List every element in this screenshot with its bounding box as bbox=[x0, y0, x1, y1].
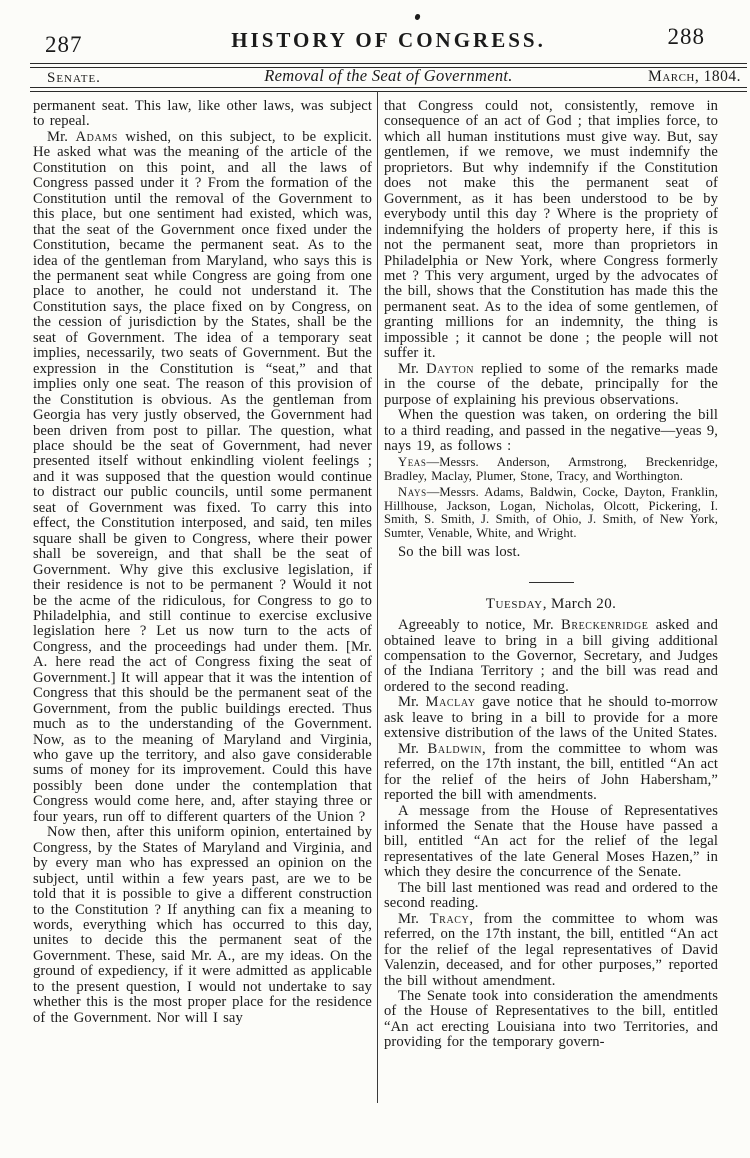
left-column: permanent seat. This law, like other law… bbox=[33, 99, 372, 1026]
right-column: that Congress could not, consistently, r… bbox=[384, 99, 718, 1051]
paragraph: Mr. Adams wished, on this subject, to be… bbox=[33, 130, 372, 825]
paragraph: The Senate took into consideration the a… bbox=[384, 989, 718, 1051]
page-header: 287 HISTORY OF CONGRESS. 288 bbox=[30, 24, 747, 58]
paragraph: Mr. Baldwin, from the committee to whom … bbox=[384, 742, 718, 804]
paragraph: Mr. Maclay gave notice that he should to… bbox=[384, 695, 718, 741]
paragraph: Mr. Dayton replied to some of the remark… bbox=[384, 362, 718, 408]
paragraph: Now then, after this uniform opinion, en… bbox=[33, 825, 372, 1026]
ink-speck bbox=[414, 14, 420, 21]
page-title: HISTORY OF CONGRESS. bbox=[30, 28, 747, 53]
paragraph: So the bill was lost. bbox=[384, 545, 718, 560]
book-page: 287 HISTORY OF CONGRESS. 288 Senate. Rem… bbox=[0, 0, 750, 1158]
running-head-title: Removal of the Seat of Government. bbox=[30, 66, 747, 86]
paragraph: When the question was taken, on ordering… bbox=[384, 408, 718, 454]
paragraph: Yeas—Messrs. Anderson, Armstrong, Brecke… bbox=[384, 456, 718, 483]
paragraph: Nays—Messrs. Adams, Baldwin, Cocke, Dayt… bbox=[384, 486, 718, 541]
column-divider bbox=[377, 91, 378, 1103]
header-rule-bottom bbox=[30, 87, 747, 92]
page-number-right: 288 bbox=[668, 24, 706, 50]
running-head: Senate. Removal of the Seat of Governmen… bbox=[30, 66, 747, 86]
paragraph: Agreeably to notice, Mr. Breckenridge as… bbox=[384, 618, 718, 695]
paragraph: Mr. Tracy, from the committee to whom wa… bbox=[384, 912, 718, 989]
paragraph: The bill last mentioned was read and ord… bbox=[384, 881, 718, 912]
session-date-heading: Tuesday, March 20. bbox=[384, 596, 718, 613]
issue-date: March, 1804. bbox=[648, 68, 741, 86]
section-divider-rule bbox=[529, 582, 574, 583]
paragraph: permanent seat. This law, like other law… bbox=[33, 99, 372, 130]
paragraph: A message from the House of Representati… bbox=[384, 804, 718, 881]
paragraph: that Congress could not, consistently, r… bbox=[384, 99, 718, 362]
